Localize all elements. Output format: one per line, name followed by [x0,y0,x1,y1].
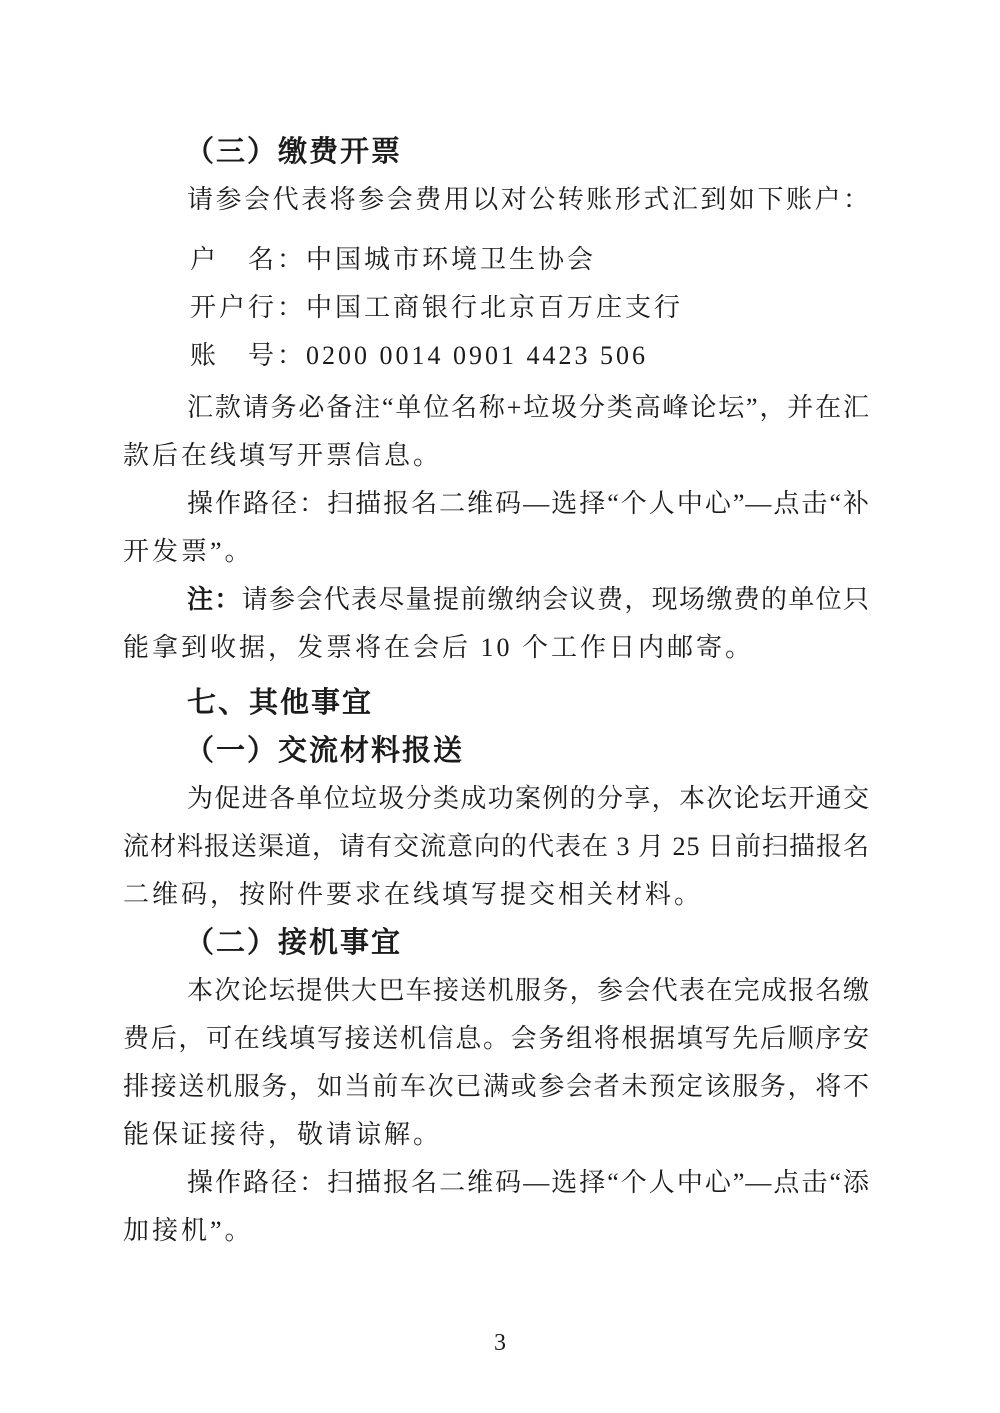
document-body: （三）缴费开票请参会代表将参会费用以对公转账形式汇到如下账户：户 名：中国城市环… [123,128,870,1255]
text-line: 操作路径：扫描报名二维码—选择“个人中心”—点击“添 [123,1159,870,1207]
bold-label: 注： [187,585,242,614]
text-line: 汇款请务必备注“单位名称+垃圾分类高峰论坛”，并在汇 [123,384,870,432]
text-line: 操作路径：扫描报名二维码—选择“个人中心”—点击“补 [123,480,870,528]
text-line: 排接送机服务，如当前车次已满或参会者未预定该服务，将不 [123,1063,870,1111]
text-line: 流材料报送渠道，请有交流意向的代表在 3 月 25 日前扫描报名 [123,823,870,871]
document-page: （三）缴费开票请参会代表将参会费用以对公转账形式汇到如下账户：户 名：中国城市环… [0,0,1000,1413]
text-line: 开发票”。 [123,528,870,576]
section-heading: 七、其他事宜 [123,679,870,727]
text-line: 为促进各单位垃圾分类成功案例的分享，本次论坛开通交 [123,775,870,823]
text-line: 开户行：中国工商银行北京百万庄支行 [123,284,870,332]
text-line: 能保证接待，敬请谅解。 [123,1111,870,1159]
section-heading: （三）缴费开票 [123,128,870,176]
text-line: 款后在线填写开票信息。 [123,432,870,480]
text-line: 加接机”。 [123,1207,870,1255]
text-line: 费后，可在线填写接送机信息。会务组将根据填写先后顺序安 [123,1015,870,1063]
page-number: 3 [0,1328,1000,1358]
text-line: 本次论坛提供大巴车接送机服务，参会代表在完成报名缴 [123,967,870,1015]
text-line: 账 号：0200 0014 0901 4423 506 [123,332,870,380]
text-line: 能拿到收据，发票将在会后 10 个工作日内邮寄。 [123,624,870,672]
section-heading: （二）接机事宜 [123,919,870,967]
text-line: 注：请参会代表尽量提前缴纳会议费，现场缴费的单位只 [123,576,870,624]
text-line: 二维码，按附件要求在线填写提交相关材料。 [123,871,870,919]
text-line: 请参会代表将参会费用以对公转账形式汇到如下账户： [123,176,870,224]
text-line: 户 名：中国城市环境卫生协会 [123,236,870,284]
section-heading: （一）交流材料报送 [123,727,870,775]
